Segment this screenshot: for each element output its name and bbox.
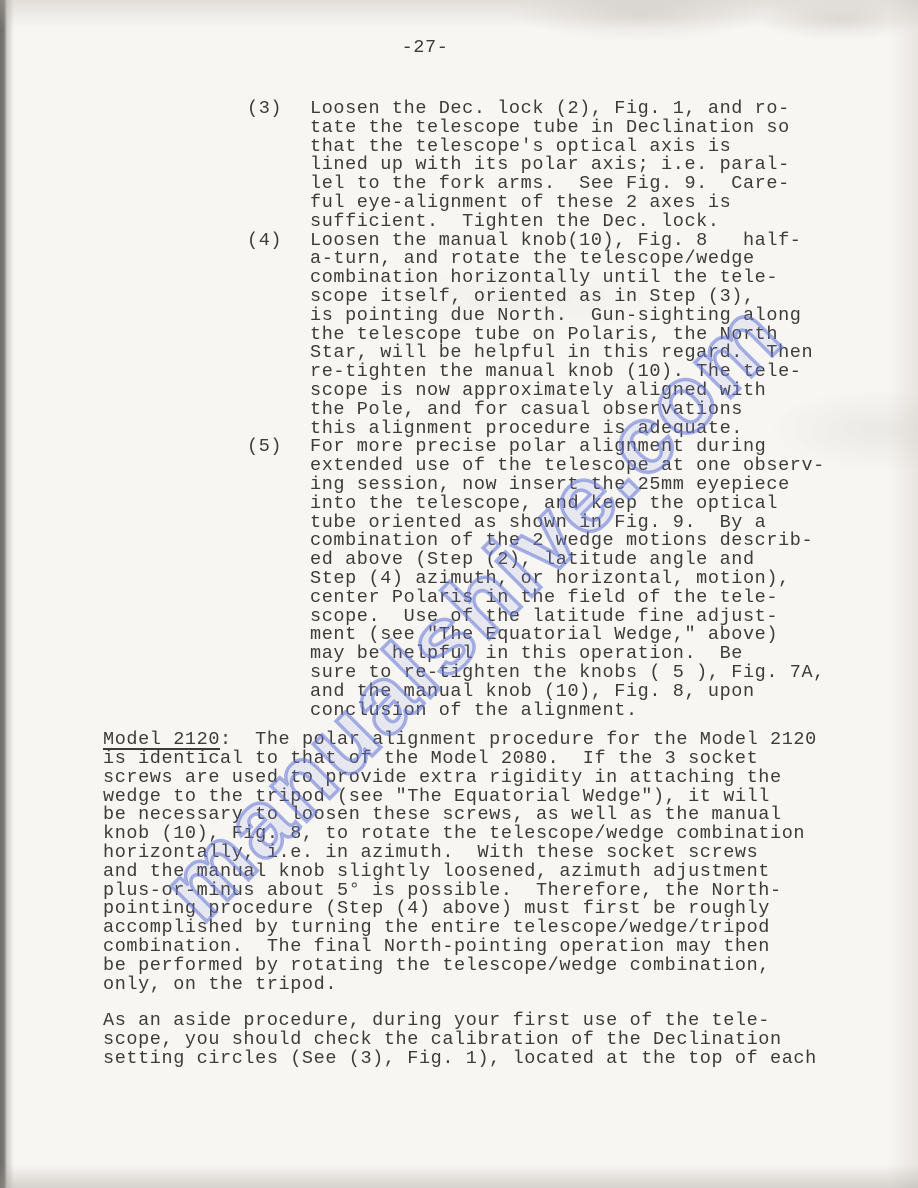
model-2120-body: : The polar alignment procedure for the … [103, 729, 817, 994]
step-number: (5) [247, 438, 310, 720]
scan-edge-artifact [0, 0, 14, 1188]
step-number: (3) [247, 100, 310, 232]
numbered-steps-list: (3) Loosen the Dec. lock (2), Fig. 1, an… [103, 100, 873, 720]
step-text: Loosen the manual knob(10), Fig. 8 half-… [310, 232, 813, 439]
scan-top-shadow [0, 0, 918, 28]
step-number: (4) [247, 232, 310, 439]
scanned-manual-page: -27- (3) Loosen the Dec. lock (2), Fig. … [0, 0, 918, 1188]
procedure-step: (5) For more precise polar alignment dur… [103, 438, 873, 720]
procedure-step: (4) Loosen the manual knob(10), Fig. 8 h… [103, 232, 873, 439]
page-content: (3) Loosen the Dec. lock (2), Fig. 1, an… [103, 100, 873, 1069]
scan-bottom-shadow [0, 1164, 918, 1188]
procedure-step: (3) Loosen the Dec. lock (2), Fig. 1, an… [103, 100, 873, 232]
step-text: Loosen the Dec. lock (2), Fig. 1, and ro… [310, 100, 790, 232]
scan-right-shadow [888, 0, 918, 1188]
step-text: For more precise polar alignment during … [310, 438, 825, 720]
page-number: -27- [352, 37, 498, 58]
aside-procedure-paragraph: As an aside procedure, during your first… [103, 1012, 873, 1068]
model-2120-paragraph: Model 2120: The polar alignment procedur… [103, 731, 873, 994]
